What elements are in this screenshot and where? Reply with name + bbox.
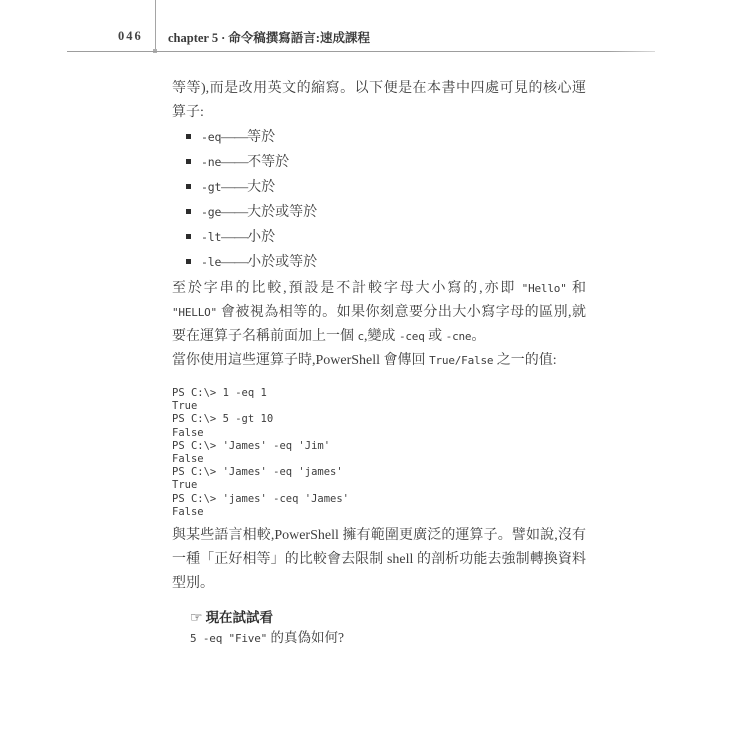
list-item: -lt——小於 xyxy=(186,225,586,250)
console-line: PS C:\> 5 -gt 10 xyxy=(172,413,586,426)
operator-dash: —— xyxy=(221,205,247,220)
operator-code: -le xyxy=(201,255,221,269)
operator-desc: 小於或等於 xyxy=(247,255,317,270)
console-line: False xyxy=(172,453,586,466)
pointing-hand-icon: ☞ xyxy=(190,610,203,626)
chapter-label: chapter 5 xyxy=(168,31,218,45)
try-it-now-question: 5 -eq "Five" 的真偽如何? xyxy=(190,628,586,649)
console-line: False xyxy=(172,427,586,440)
operator-desc: 大於 xyxy=(247,180,275,195)
page-body: 等等),而是改用英文的縮寫。以下便是在本書中四處可見的核心運算子: -eq——等… xyxy=(172,77,586,649)
bullet-square-icon xyxy=(186,134,191,139)
console-line: PS C:\> 'james' -ceq 'James' xyxy=(172,493,586,506)
list-item: -gt——大於 xyxy=(186,175,586,200)
bullet-square-icon xyxy=(186,184,191,189)
list-item: -ne——不等於 xyxy=(186,150,586,175)
try-it-now-heading: ☞現在試試看 xyxy=(190,608,586,628)
operator-dash: —— xyxy=(221,130,247,145)
paragraph-operators-range: 與某些語言相較,PowerShell 擁有範圍更廣泛的運算子。譬如說,沒有一種「… xyxy=(172,524,586,596)
list-item: -ge——大於或等於 xyxy=(186,200,586,225)
bullet-square-icon xyxy=(186,259,191,264)
operator-desc: 小於 xyxy=(247,230,275,245)
operator-dash: —— xyxy=(221,255,247,270)
paragraph-string-comparison: 至於字串的比較,預設是不計較字母大小寫的,亦即 "Hello" 和 "HELLO… xyxy=(172,277,586,349)
console-line: PS C:\> 'James' -eq 'Jim' xyxy=(172,440,586,453)
powershell-console-listing: PS C:\> 1 -eq 1TruePS C:\> 5 -gt 10False… xyxy=(172,387,586,519)
list-item: -eq——等於 xyxy=(186,125,586,150)
console-line: PS C:\> 1 -eq 1 xyxy=(172,387,586,400)
list-item: -le——小於或等於 xyxy=(186,250,586,275)
operator-dash: —— xyxy=(221,180,247,195)
operator-code: -lt xyxy=(201,230,221,244)
header-horizontal-rule xyxy=(67,51,655,52)
operator-code: -gt xyxy=(201,180,221,194)
try-it-now-box: ☞現在試試看 5 -eq "Five" 的真偽如何? xyxy=(190,608,586,649)
bullet-square-icon xyxy=(186,159,191,164)
paragraph-true-false: 當你使用這些運算子時,PowerShell 會傳回 True/False 之一的… xyxy=(172,349,586,373)
operator-code: -eq xyxy=(201,130,221,144)
try-it-now-title: 現在試試看 xyxy=(206,610,274,625)
operator-dash: —— xyxy=(221,155,247,170)
console-line: True xyxy=(172,400,586,413)
operator-dash: —— xyxy=(221,230,247,245)
chapter-title: 命令稿撰寫語言:速成課程 xyxy=(228,31,370,45)
operator-code: -ne xyxy=(201,155,221,169)
console-line: True xyxy=(172,479,586,492)
console-line: PS C:\> 'James' -eq 'james' xyxy=(172,466,586,479)
bullet-square-icon xyxy=(186,209,191,214)
bullet-square-icon xyxy=(186,234,191,239)
header-vertical-rule xyxy=(155,0,156,51)
page-number: 046 xyxy=(118,29,143,44)
operator-code: -ge xyxy=(201,205,221,219)
chapter-header: chapter 5·命令稿撰寫語言:速成課程 xyxy=(168,28,370,46)
chapter-separator: · xyxy=(221,31,225,45)
operator-desc: 等於 xyxy=(247,130,275,145)
console-line: False xyxy=(172,506,586,519)
operator-list: -eq——等於 -ne——不等於 -gt——大於 -ge——大於或等於 -lt—… xyxy=(172,125,586,275)
operator-desc: 不等於 xyxy=(247,155,289,170)
paragraph-intro: 等等),而是改用英文的縮寫。以下便是在本書中四處可見的核心運算子: xyxy=(172,77,586,125)
operator-desc: 大於或等於 xyxy=(247,205,317,220)
